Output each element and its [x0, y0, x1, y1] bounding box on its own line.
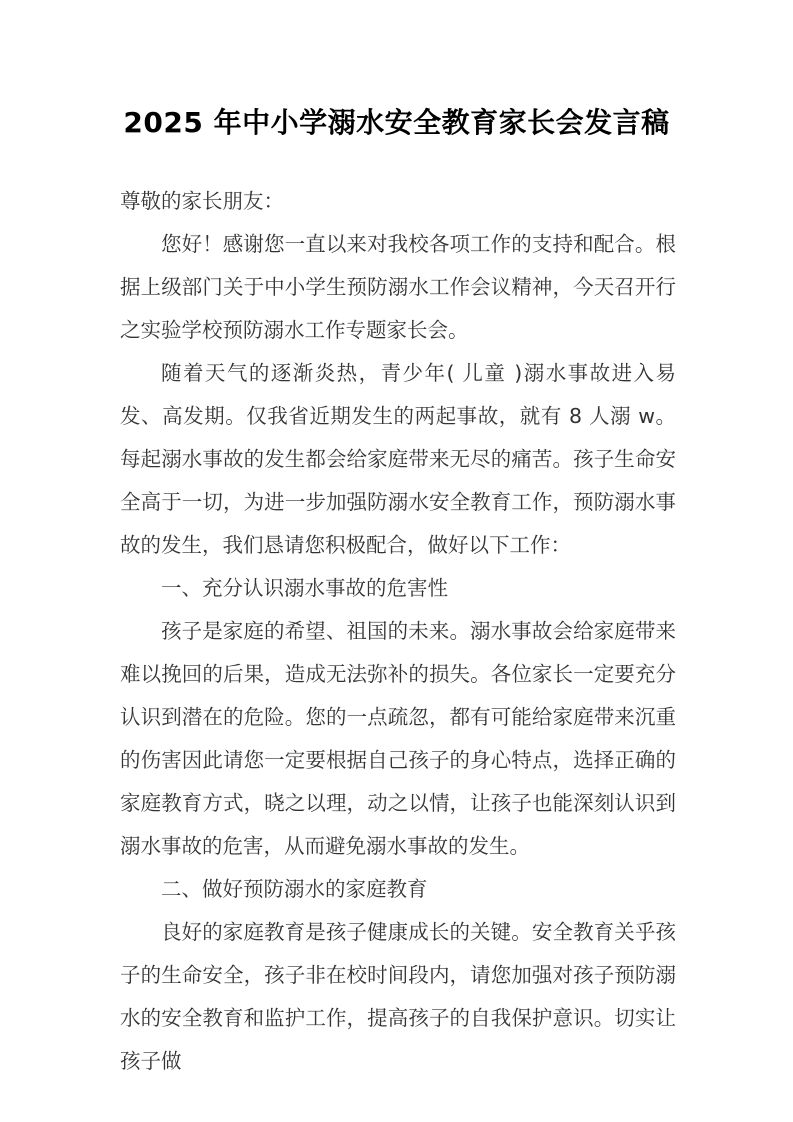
- paragraph-section-1: 孩子是家庭的希望、祖国的未来。溺水事故会给家庭带来难以挽回的后果，造成无法弥补的…: [120, 610, 676, 868]
- paragraph-section-2: 良好的家庭教育是孩子健康成长的关键。安全教育关乎孩子的生命安全，孩子非在校时间段…: [120, 911, 676, 1083]
- document-title: 2025 年中小学溺水安全教育家长会发言稿: [0, 0, 793, 142]
- salutation-line: 尊敬的家长朋友：: [120, 180, 676, 223]
- document-page: 2025 年中小学溺水安全教育家长会发言稿 尊敬的家长朋友： 您好！感谢您一直以…: [0, 0, 793, 1122]
- paragraph-situation: 随着天气的逐渐炎热，青少年( 儿童 )溺水事故进入易发、高发期。仅我省近期发生的…: [120, 352, 676, 567]
- document-body: 尊敬的家长朋友： 您好！感谢您一直以来对我校各项工作的支持和配合。根据上级部门关…: [120, 180, 676, 1083]
- paragraph-greeting: 您好！感谢您一直以来对我校各项工作的支持和配合。根据上级部门关于中小学生预防溺水…: [120, 223, 676, 352]
- section-heading-1: 一、充分认识溺水事故的危害性: [120, 567, 676, 610]
- section-heading-2: 二、做好预防溺水的家庭教育: [120, 868, 676, 911]
